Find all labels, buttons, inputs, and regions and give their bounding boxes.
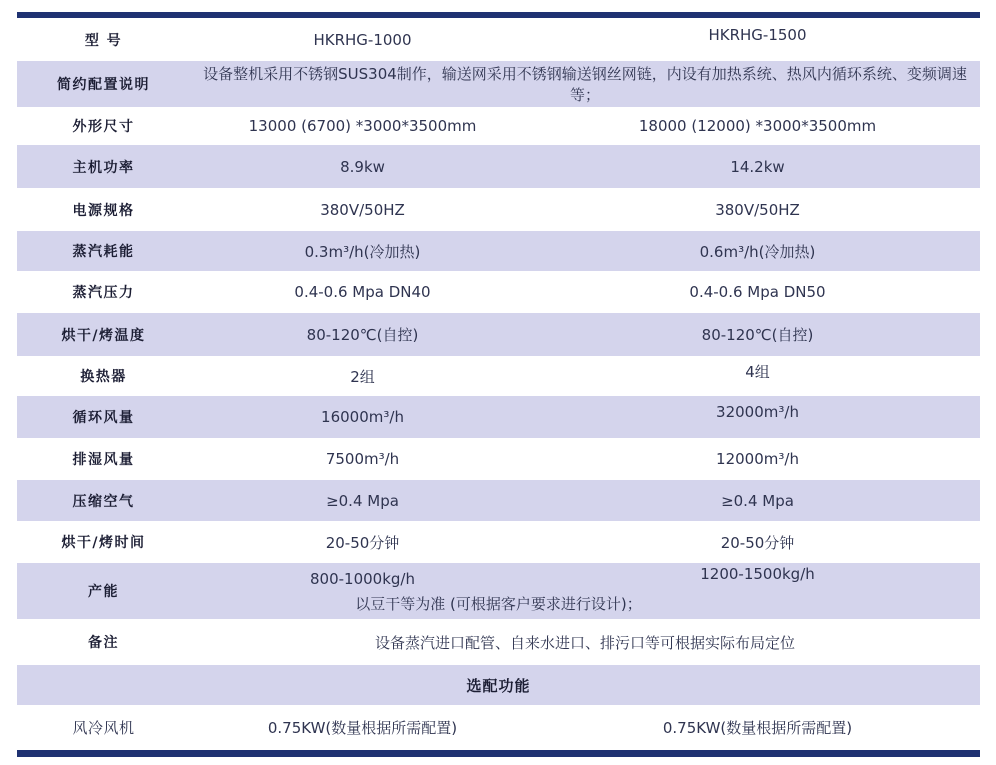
value-cell-2: 18000 (12000) *3000*3500mm: [535, 117, 980, 135]
value-cell-1: 13000 (6700) *3000*3500mm: [190, 117, 535, 135]
value-cell-2: 12000m³/h: [535, 450, 980, 468]
value-cell-1: 16000m³/h: [190, 408, 535, 426]
row-label: 简约配置说明: [17, 74, 190, 94]
row-label: 压缩空气: [17, 491, 190, 511]
row-compressed-air: 压缩空气 ≥0.4 Mpa ≥0.4 Mpa: [17, 480, 980, 521]
row-capacity: 产能 800-1000kg/h 1200-1500kg/h 以豆干等为准 (可根…: [17, 563, 980, 619]
value-cell-2: 1200-1500kg/h: [535, 565, 980, 583]
row-dimensions: 外形尺寸 13000 (6700) *3000*3500mm 18000 (12…: [17, 107, 980, 145]
row-label: 型 号: [17, 30, 190, 50]
row-label: 烘干/烤温度: [17, 325, 190, 345]
value-cell-1: 80-120℃(自控): [190, 324, 535, 345]
row-steam-consumption: 蒸汽耗能 0.3m³/h(冷加热) 0.6m³/h(冷加热): [17, 231, 980, 271]
value-cell-1: HKRHG-1000: [190, 31, 535, 49]
value-cell-2: 80-120℃(自控): [535, 324, 980, 345]
row-optional-header: 选配功能: [17, 665, 980, 705]
value-cell-2: 32000m³/h: [535, 403, 980, 421]
row-drying-time: 烘干/烤时间 20-50分钟 20-50分钟: [17, 521, 980, 563]
row-label: 主机功率: [17, 157, 190, 177]
row-label: 电源规格: [17, 200, 190, 220]
value-cell-2: 4组: [535, 361, 980, 382]
value-cell-2: 14.2kw: [535, 158, 980, 176]
span-value-cell: 设备整机采用不锈钢SUS304制作，输送网采用不锈钢输送钢丝网链，内设有加热系统…: [190, 63, 980, 105]
row-config-desc: 简约配置说明 设备整机采用不锈钢SUS304制作，输送网采用不锈钢输送钢丝网链，…: [17, 61, 980, 107]
span-value-cell: 设备蒸汽进口配管、自来水进口、排污口等可根据实际布局定位: [190, 632, 980, 653]
row-model: 型 号 HKRHG-1000 HKRHG-1500: [17, 18, 980, 61]
value-cell-1: 7500m³/h: [190, 450, 535, 468]
capacity-note: 以豆干等为准 (可根据客户要求进行设计)；: [17, 593, 980, 614]
value-cell-1: 0.75KW(数量根据所需配置): [190, 717, 535, 738]
row-drying-temp: 烘干/烤温度 80-120℃(自控) 80-120℃(自控): [17, 313, 980, 356]
row-label: 烘干/烤时间: [17, 532, 190, 552]
value-cell-2: 0.75KW(数量根据所需配置): [535, 717, 980, 738]
row-steam-pressure: 蒸汽压力 0.4-0.6 Mpa DN40 0.4-0.6 Mpa DN50: [17, 271, 980, 313]
row-heat-exchanger: 换热器 2组 4组: [17, 356, 980, 396]
value-cell-1: ≥0.4 Mpa: [190, 492, 535, 510]
row-circulating-air: 循环风量 16000m³/h 32000m³/h: [17, 396, 980, 438]
row-air-cooling-fan: 风冷风机 0.75KW(数量根据所需配置) 0.75KW(数量根据所需配置): [17, 705, 980, 750]
spec-table: 型 号 HKRHG-1000 HKRHG-1500 简约配置说明 设备整机采用不…: [17, 12, 980, 757]
value-cell-2: 0.4-0.6 Mpa DN50: [535, 283, 980, 301]
row-power-spec: 电源规格 380V/50HZ 380V/50HZ: [17, 188, 980, 231]
value-cell-1: 0.3m³/h(冷加热): [190, 241, 535, 262]
row-label: 排湿风量: [17, 449, 190, 469]
row-label: 风冷风机: [17, 717, 190, 738]
value-cell-1: 8.9kw: [190, 158, 535, 176]
row-remarks: 备注 设备蒸汽进口配管、自来水进口、排污口等可根据实际布局定位: [17, 619, 980, 665]
row-label: 循环风量: [17, 407, 190, 427]
value-cell-2: ≥0.4 Mpa: [535, 492, 980, 510]
row-label: 蒸汽耗能: [17, 241, 190, 261]
value-cell-2: 20-50分钟: [535, 532, 980, 553]
value-cell-2: 0.6m³/h(冷加热): [535, 241, 980, 262]
row-label: 外形尺寸: [17, 116, 190, 136]
row-label: 备注: [17, 632, 190, 652]
section-title: 选配功能: [17, 675, 980, 696]
row-label: 蒸汽压力: [17, 282, 190, 302]
value-cell-2: 380V/50HZ: [535, 201, 980, 219]
value-cell-1: 800-1000kg/h: [190, 570, 535, 588]
row-label: 换热器: [17, 366, 190, 386]
value-cell-1: 380V/50HZ: [190, 201, 535, 219]
row-main-power: 主机功率 8.9kw 14.2kw: [17, 145, 980, 188]
value-cell-1: 0.4-0.6 Mpa DN40: [190, 283, 535, 301]
table-bottom-border: [17, 750, 980, 757]
value-cell-2: HKRHG-1500: [535, 26, 980, 44]
value-cell-1: 2组: [190, 366, 535, 387]
row-dehumidify-air: 排湿风量 7500m³/h 12000m³/h: [17, 438, 980, 480]
value-cell-1: 20-50分钟: [190, 532, 535, 553]
